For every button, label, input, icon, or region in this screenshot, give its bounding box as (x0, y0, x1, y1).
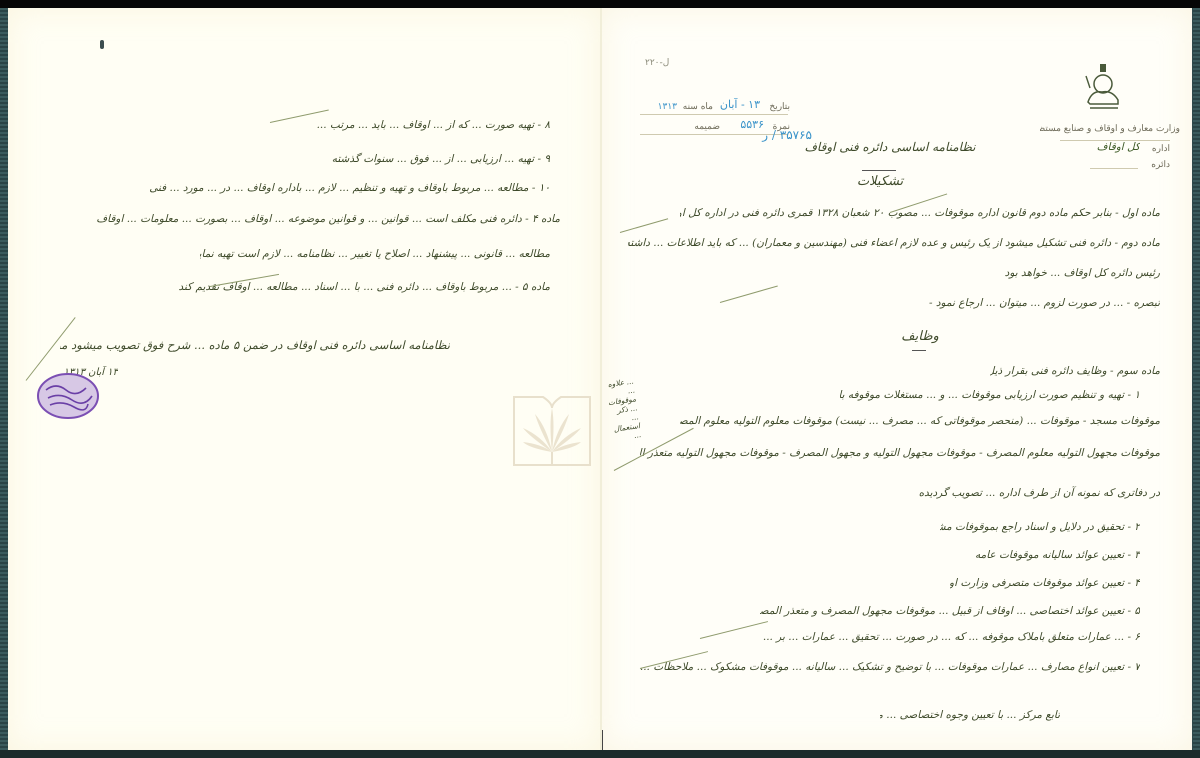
article-2: ماده دوم - دائره فنی تشکیل میشود از یک ر… (628, 236, 1160, 250)
duty-1-line-4: در دفاتری که نمونه آن از طرف اداره ... ت… (900, 486, 1160, 500)
purple-seal-icon (36, 372, 100, 420)
section-heading-duties: وظایف (880, 330, 960, 344)
date-line (640, 114, 788, 115)
date-value: ۱۳ - آبان (714, 98, 760, 112)
scan-bottom-border (0, 750, 1200, 758)
duty-7: ۷ - تعیین انواع مصارف ... عمارات موقوفات… (620, 660, 1140, 674)
duty-6: ۶ - ... عمارات متعلق باملاک موقوفه ... ک… (620, 630, 1140, 644)
scanned-document: ۸ - تهیه صورت ... که از ... اوقاف ... با… (0, 0, 1200, 758)
document-title: نظامنامه اساسی دائره فنی اوقاف (790, 140, 990, 154)
attachment-label: ضمیمه (686, 120, 720, 134)
scan-right-edge (1193, 8, 1200, 752)
left-article-5: ماده ۵ - ... مربوط باوقاف ... دائره فنی … (130, 280, 550, 294)
left-article-4: ماده ۴ - دائره فنی مکلف است ... قوانین .… (30, 212, 560, 226)
date-label: بتاریخ (760, 100, 790, 114)
scan-top-border (0, 0, 1200, 8)
lion-and-sun-emblem-icon (1082, 62, 1124, 114)
office-value: کل اوقاف (1085, 140, 1140, 154)
reference-number: ل-۲۲۰ (645, 58, 669, 68)
fold-mark (602, 730, 603, 750)
ink-dot-mark (100, 40, 104, 49)
duty-2: ۲ - تحقیق در دلایل و اسناد راجع بموقوفات… (940, 520, 1140, 534)
article-3-title: ماده سوم - وظایف دائره فنی بقرار ذیل است (990, 364, 1160, 378)
duty-1-line-3: موقوفات مجهول التولیه معلوم المصرف - موق… (640, 446, 1160, 460)
left-article-4-continued: مطالعه ... قانونی ... پیشنهاد ... اصلاح … (200, 247, 550, 261)
duty-5: ۵ - تعیین عوائد اختصاصی ... اوقاف از قبی… (760, 604, 1140, 618)
approval-note: نظامنامه اساسی دائره فنی اوقاف در ضمن ۵ … (60, 338, 450, 352)
year-value: ۱۳۱۳ (645, 100, 677, 114)
left-item-10: ۱۰ - مطالعه ... مربوط باوقاف و تهیه و تن… (110, 181, 550, 195)
department-label: دائره (1140, 158, 1170, 172)
scan-left-edge (0, 8, 8, 752)
title-underline (862, 170, 896, 171)
duty-4: ۴ - تعیین عوائد موقوفات متصرفی وزارت اوق… (950, 576, 1140, 590)
note-clause: تبصره - ... در صورت لزوم ... میتوان ... … (730, 296, 1160, 310)
article-1: ماده اول - بنابر حکم ماده دوم قانون ادار… (680, 206, 1160, 220)
duty-1: ۱ - تهیه و تنظیم صورت ارزیابی موقوفات ..… (840, 388, 1140, 402)
left-item-8: ۸ - تهیه صورت ... که از ... اوقاف ... با… (140, 118, 550, 132)
left-item-9: ۹ - تهیه ... ارزیابی ... از ... فوق ... … (230, 152, 550, 166)
closing-line: تابع مرکز ... با تعیین وجوه اختصاصی ... … (880, 708, 1060, 722)
duties-underline (912, 350, 926, 351)
ministry-name: وزارت معارف و اوقاف و صنایع مستظرفه (1040, 122, 1180, 136)
section-heading-organization: تشکیلات (840, 175, 920, 189)
book-and-plant-watermark-icon (511, 394, 593, 468)
office-label: اداره (1140, 142, 1170, 156)
duty-1-line-2: موقوفات مسجد - موقوفات ... (منحصر موقوفا… (680, 414, 1160, 428)
department-line (1090, 168, 1138, 169)
duty-3: ۳ - تعیین عوائد سالیانه موقوفات عامه (970, 548, 1140, 562)
article-2-continued: رئیس دائره کل اوقاف ... خواهد بود (980, 266, 1160, 280)
month-label: ماه سنه (677, 100, 713, 114)
